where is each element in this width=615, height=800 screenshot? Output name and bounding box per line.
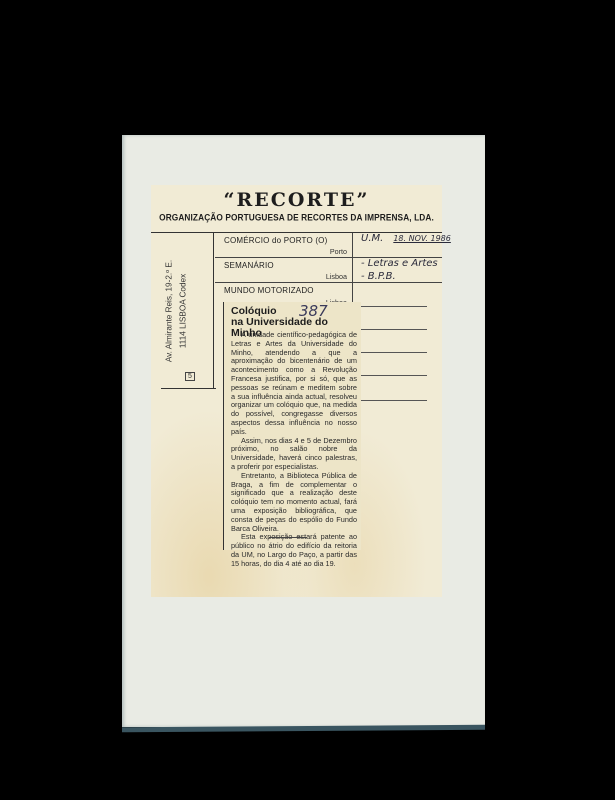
handwritten-ref-number: 387 <box>299 302 328 320</box>
page-marker: 5 <box>185 372 195 381</box>
card-header: “RECORTE” ORGANIZAÇÃO PORTUGUESA DE RECO… <box>151 189 442 222</box>
handwritten-note: - B.P.B. <box>361 271 396 282</box>
brand-title: “RECORTE” <box>151 189 442 211</box>
publication-row: COMÉRCIO do PORTO (O) Porto U.M.18. NOV.… <box>215 233 442 258</box>
brand-subtitle: ORGANIZAÇÃO PORTUGUESA DE RECORTES DA IM… <box>151 211 442 223</box>
article-paragraph: A unidade científico-pedagógica de Letra… <box>231 331 357 437</box>
article-paragraph: Assim, nos dias 4 e 5 de Dezembro próxim… <box>231 437 357 472</box>
newspaper-article: Colóquio na Universidade do Minho 387 A … <box>223 302 361 550</box>
address-line-1: Av. Almirante Reis, 19-2.º E. <box>163 244 177 379</box>
publication-city: Lisboa <box>326 272 347 281</box>
address-line-2: 1114 LISBOA Codex <box>177 244 191 379</box>
article-paragraph: Esta exposição estará patente ao público… <box>231 533 357 568</box>
article-body: A unidade científico-pedagógica de Letra… <box>231 331 357 569</box>
publication-row: SEMANÁRIO Lisboa - Letras e Artes <box>215 258 442 283</box>
handwritten-date: 18. NOV. 1986 <box>393 234 451 243</box>
publication-city: Porto <box>330 247 347 256</box>
divider <box>161 388 216 389</box>
press-clipping-card: “RECORTE” ORGANIZAÇÃO PORTUGUESA DE RECO… <box>151 185 442 597</box>
address-text: Av. Almirante Reis, 19-2.º E. 1114 LISBO… <box>163 244 203 379</box>
publication-name: SEMANÁRIO <box>224 261 274 270</box>
publication-name: COMÉRCIO do PORTO (O) <box>224 236 327 245</box>
handwritten-note: U.M.18. NOV. 1986 <box>361 233 451 244</box>
article-paragraph: Entretanto, a Biblioteca Pública de Brag… <box>231 472 357 534</box>
handwritten-note: - Letras e Artes <box>361 258 438 269</box>
publication-name: MUNDO MOTORIZADO <box>224 286 314 295</box>
address-column: Av. Almirante Reis, 19-2.º E. 1114 LISBO… <box>151 233 214 388</box>
article-end-rule <box>269 537 307 538</box>
publications-table: COMÉRCIO do PORTO (O) Porto U.M.18. NOV.… <box>215 233 442 308</box>
